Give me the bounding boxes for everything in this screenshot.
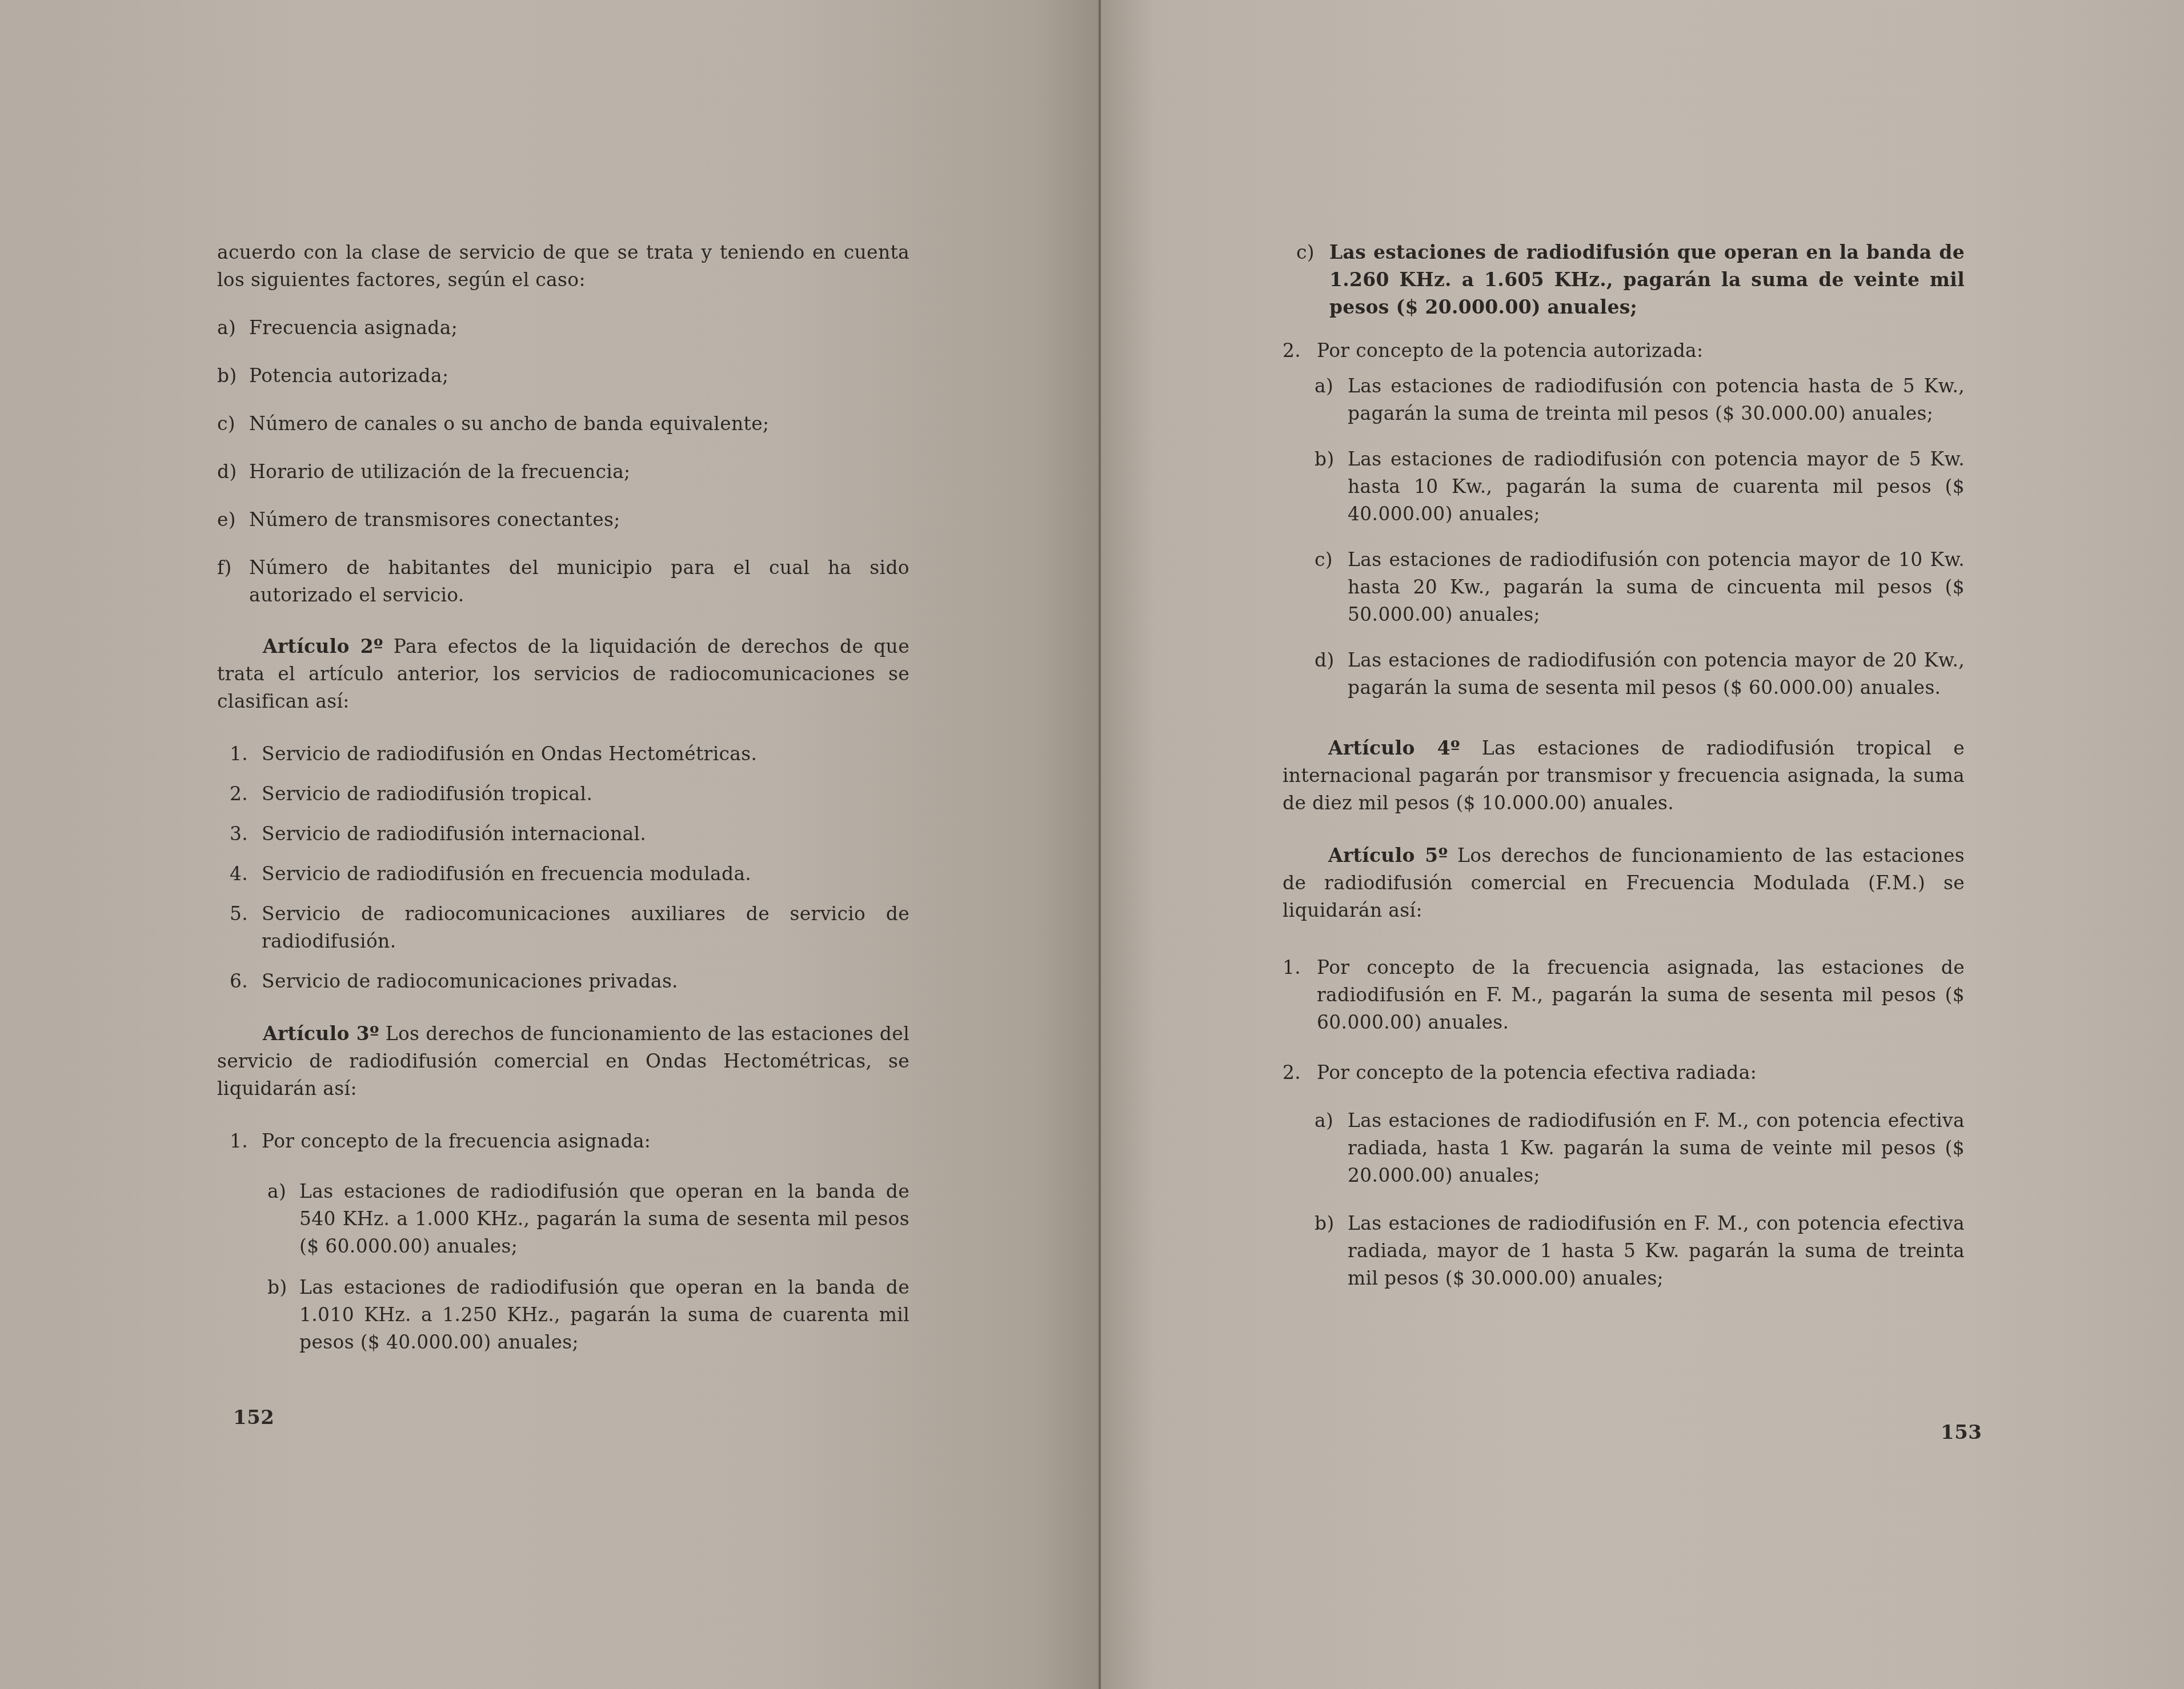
list-marker: b) bbox=[1315, 1210, 1348, 1237]
rate-text: Las estaciones de radiodifusión con pote… bbox=[1348, 372, 1965, 427]
list-marker: b) bbox=[217, 362, 249, 390]
factor-text: Horario de utilización de la frecuencia; bbox=[249, 458, 909, 486]
rate-item: b) Las estaciones de radiodifusión que o… bbox=[267, 1274, 909, 1356]
list-marker: 5. bbox=[230, 900, 262, 928]
rate-text: Las estaciones de radiodifusión que oper… bbox=[299, 1274, 909, 1356]
right-page: c) Las estaciones de radiodifusión que o… bbox=[1101, 0, 2184, 1689]
list-marker: e) bbox=[217, 506, 249, 533]
book-spread: acuerdo con la clase de servicio de que … bbox=[0, 0, 2184, 1689]
article-3-section-1-items: a) Las estaciones de radiodifusión que o… bbox=[217, 1178, 909, 1356]
factor-text: Número de canales o su ancho de banda eq… bbox=[249, 410, 909, 438]
factor-text: Número de transmisores conectantes; bbox=[249, 506, 909, 533]
factor-text: Frecuencia asignada; bbox=[249, 314, 909, 342]
rate-item: c) Las estaciones de radiodifusión con p… bbox=[1315, 546, 1965, 628]
list-marker: 2. bbox=[230, 780, 262, 808]
rate-text: Las estaciones de radiodifusión en F. M.… bbox=[1348, 1210, 1965, 1292]
article-2-paragraph: Artículo 2º Para efectos de la liquidaci… bbox=[217, 633, 909, 715]
list-marker: c) bbox=[1296, 239, 1329, 266]
left-page: acuerdo con la clase de servicio de que … bbox=[0, 0, 1100, 1689]
service-text: Servicio de radiodifusión tropical. bbox=[262, 780, 909, 808]
intro-paragraph: acuerdo con la clase de servicio de que … bbox=[217, 239, 909, 294]
factor-item: a) Frecuencia asignada; bbox=[217, 314, 909, 342]
service-item: 2. Servicio de radiodifusión tropical. bbox=[230, 780, 909, 808]
rate-text: Las estaciones de radiodifusión con pote… bbox=[1348, 647, 1965, 701]
page-number-left: 152 bbox=[233, 1406, 274, 1429]
rate-item: a) Las estaciones de radiodifusión con p… bbox=[1315, 372, 1965, 427]
list-marker: 2. bbox=[1283, 1059, 1317, 1086]
rate-text: Las estaciones de radiodifusión que oper… bbox=[1329, 239, 1965, 321]
rate-item: b) Las estaciones de radiodifusión en F.… bbox=[1315, 1210, 1965, 1292]
service-text: Servicio de radiodifusión en Ondas Hecto… bbox=[262, 740, 909, 768]
list-marker: 3. bbox=[230, 820, 262, 848]
service-item: 1. Servicio de radiodifusión en Ondas He… bbox=[230, 740, 909, 768]
section-title: Por concepto de la potencia autorizada: bbox=[1317, 337, 1965, 364]
service-text: Servicio de radiocomunicaciones privadas… bbox=[262, 968, 909, 995]
article-3-item-c: c) Las estaciones de radiodifusión que o… bbox=[1283, 239, 1965, 321]
factors-list: a) Frecuencia asignada; b) Potencia auto… bbox=[217, 314, 909, 609]
list-marker: 1. bbox=[230, 1128, 262, 1155]
services-list: 1. Servicio de radiodifusión en Ondas He… bbox=[217, 740, 909, 995]
rate-item: a) Las estaciones de radiodifusión que o… bbox=[267, 1178, 909, 1260]
service-text: Servicio de radiodifusión en frecuencia … bbox=[262, 860, 909, 888]
factor-item: d) Horario de utilización de la frecuenc… bbox=[217, 458, 909, 486]
rate-text: Las estaciones de radiodifusión con pote… bbox=[1348, 446, 1965, 528]
article-5-section-2-items: a) Las estaciones de radiodifusión en F.… bbox=[1283, 1107, 1965, 1292]
section-text: Por concepto de la frecuencia asignada, … bbox=[1317, 954, 1965, 1036]
article-5-heading: Artículo 5º bbox=[1328, 844, 1448, 866]
rate-item: b) Las estaciones de radiodifusión con p… bbox=[1315, 446, 1965, 528]
rate-text: Las estaciones de radiodifusión que oper… bbox=[299, 1178, 909, 1260]
article-5-paragraph: Artículo 5º Los derechos de funcionamien… bbox=[1283, 842, 1965, 924]
factor-item: c) Número de canales o su ancho de banda… bbox=[217, 410, 909, 438]
article-3-section-1: 1. Por concepto de la frecuencia asignad… bbox=[217, 1128, 909, 1155]
rate-item: d) Las estaciones de radiodifusión con p… bbox=[1315, 647, 1965, 701]
service-item: 5. Servicio de radiocomunicaciones auxil… bbox=[230, 900, 909, 955]
article-4-heading: Artículo 4º bbox=[1328, 737, 1460, 759]
list-marker: c) bbox=[1315, 546, 1348, 573]
factor-item: b) Potencia autorizada; bbox=[217, 362, 909, 390]
list-marker: 4. bbox=[230, 860, 262, 888]
list-marker: b) bbox=[267, 1274, 299, 1301]
factor-item: f) Número de habitantes del municipio pa… bbox=[217, 554, 909, 609]
article-5-section-2: 2. Por concepto de la potencia efectiva … bbox=[1283, 1059, 1965, 1086]
page-number-right: 153 bbox=[1941, 1421, 1982, 1444]
service-text: Servicio de radiodifusión internacional. bbox=[262, 820, 909, 848]
section-title: Por concepto de la frecuencia asignada: bbox=[262, 1128, 909, 1155]
rate-text: Las estaciones de radiodifusión con pote… bbox=[1348, 546, 1965, 628]
service-item: 4. Servicio de radiodifusión en frecuenc… bbox=[230, 860, 909, 888]
list-marker: a) bbox=[217, 314, 249, 342]
list-marker: 1. bbox=[230, 740, 262, 768]
service-item: 6. Servicio de radiocomunicaciones priva… bbox=[230, 968, 909, 995]
factor-text: Número de habitantes del municipio para … bbox=[249, 554, 909, 609]
list-marker: d) bbox=[1315, 647, 1348, 674]
list-marker: 1. bbox=[1283, 954, 1317, 981]
article-3-section-2: 2. Por concepto de la potencia autorizad… bbox=[1283, 337, 1965, 364]
list-marker: b) bbox=[1315, 446, 1348, 473]
list-marker: d) bbox=[217, 458, 249, 486]
list-marker: c) bbox=[217, 410, 249, 438]
service-item: 3. Servicio de radiodifusión internacion… bbox=[230, 820, 909, 848]
article-3-section-2-items: a) Las estaciones de radiodifusión con p… bbox=[1283, 372, 1965, 701]
rate-text: Las estaciones de radiodifusión en F. M.… bbox=[1348, 1107, 1965, 1189]
article-3-paragraph: Artículo 3º Los derechos de funcionamien… bbox=[217, 1020, 909, 1102]
left-page-body: acuerdo con la clase de servicio de que … bbox=[217, 239, 909, 1356]
service-text: Servicio de radiocomunicaciones auxiliar… bbox=[262, 900, 909, 955]
factor-item: e) Número de transmisores conectantes; bbox=[217, 506, 909, 533]
list-marker: 2. bbox=[1283, 337, 1317, 364]
list-marker: a) bbox=[267, 1178, 299, 1205]
article-3-heading: Artículo 3º bbox=[263, 1022, 379, 1045]
article-5-section-1: 1. Por concepto de la frecuencia asignad… bbox=[1283, 954, 1965, 1036]
list-marker: f) bbox=[217, 554, 249, 581]
list-marker: a) bbox=[1315, 1107, 1348, 1134]
list-marker: 6. bbox=[230, 968, 262, 995]
list-marker: a) bbox=[1315, 372, 1348, 400]
factor-text: Potencia autorizada; bbox=[249, 362, 909, 390]
rate-item: a) Las estaciones de radiodifusión en F.… bbox=[1315, 1107, 1965, 1189]
section-title: Por concepto de la potencia efectiva rad… bbox=[1317, 1059, 1965, 1086]
article-4-paragraph: Artículo 4º Las estaciones de radiodifus… bbox=[1283, 735, 1965, 817]
article-2-heading: Artículo 2º bbox=[263, 635, 383, 657]
right-page-body: c) Las estaciones de radiodifusión que o… bbox=[1283, 239, 1965, 1292]
